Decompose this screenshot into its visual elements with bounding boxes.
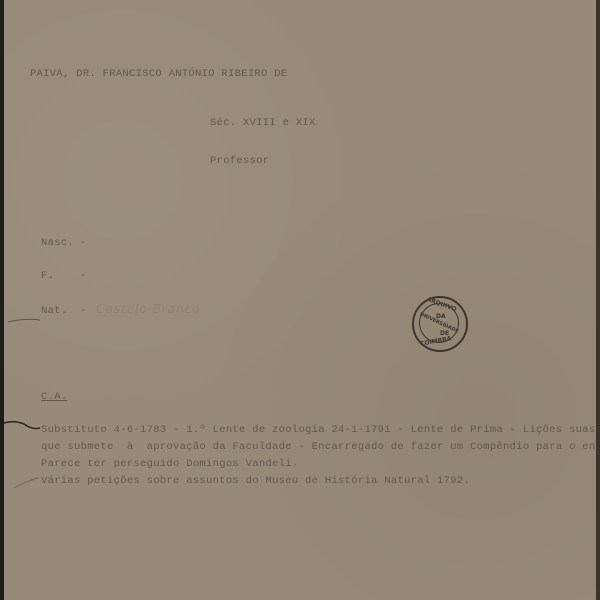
pencil-marks xyxy=(4,300,134,500)
person-name: PAIVA, DR. FRANCISCO ANTÓNIO RIBEIRO DE xyxy=(30,68,287,80)
field-sep-birth: - xyxy=(80,237,87,249)
archive-card: PAIVA, DR. FRANCISCO ANTÓNIO RIBEIRO DE … xyxy=(4,0,596,600)
field-sep-parents: - xyxy=(80,270,87,282)
field-label-parents: F. xyxy=(41,270,54,282)
archive-stamp: ARQUIVO DA UNIVERSIDADE DE COIMBRA xyxy=(412,296,468,352)
occupation: Professor xyxy=(210,155,269,167)
scan-border-right xyxy=(596,0,600,600)
period: Séc. XVIII e XIX xyxy=(210,117,316,129)
field-label-birth: Nasc. xyxy=(41,237,74,249)
